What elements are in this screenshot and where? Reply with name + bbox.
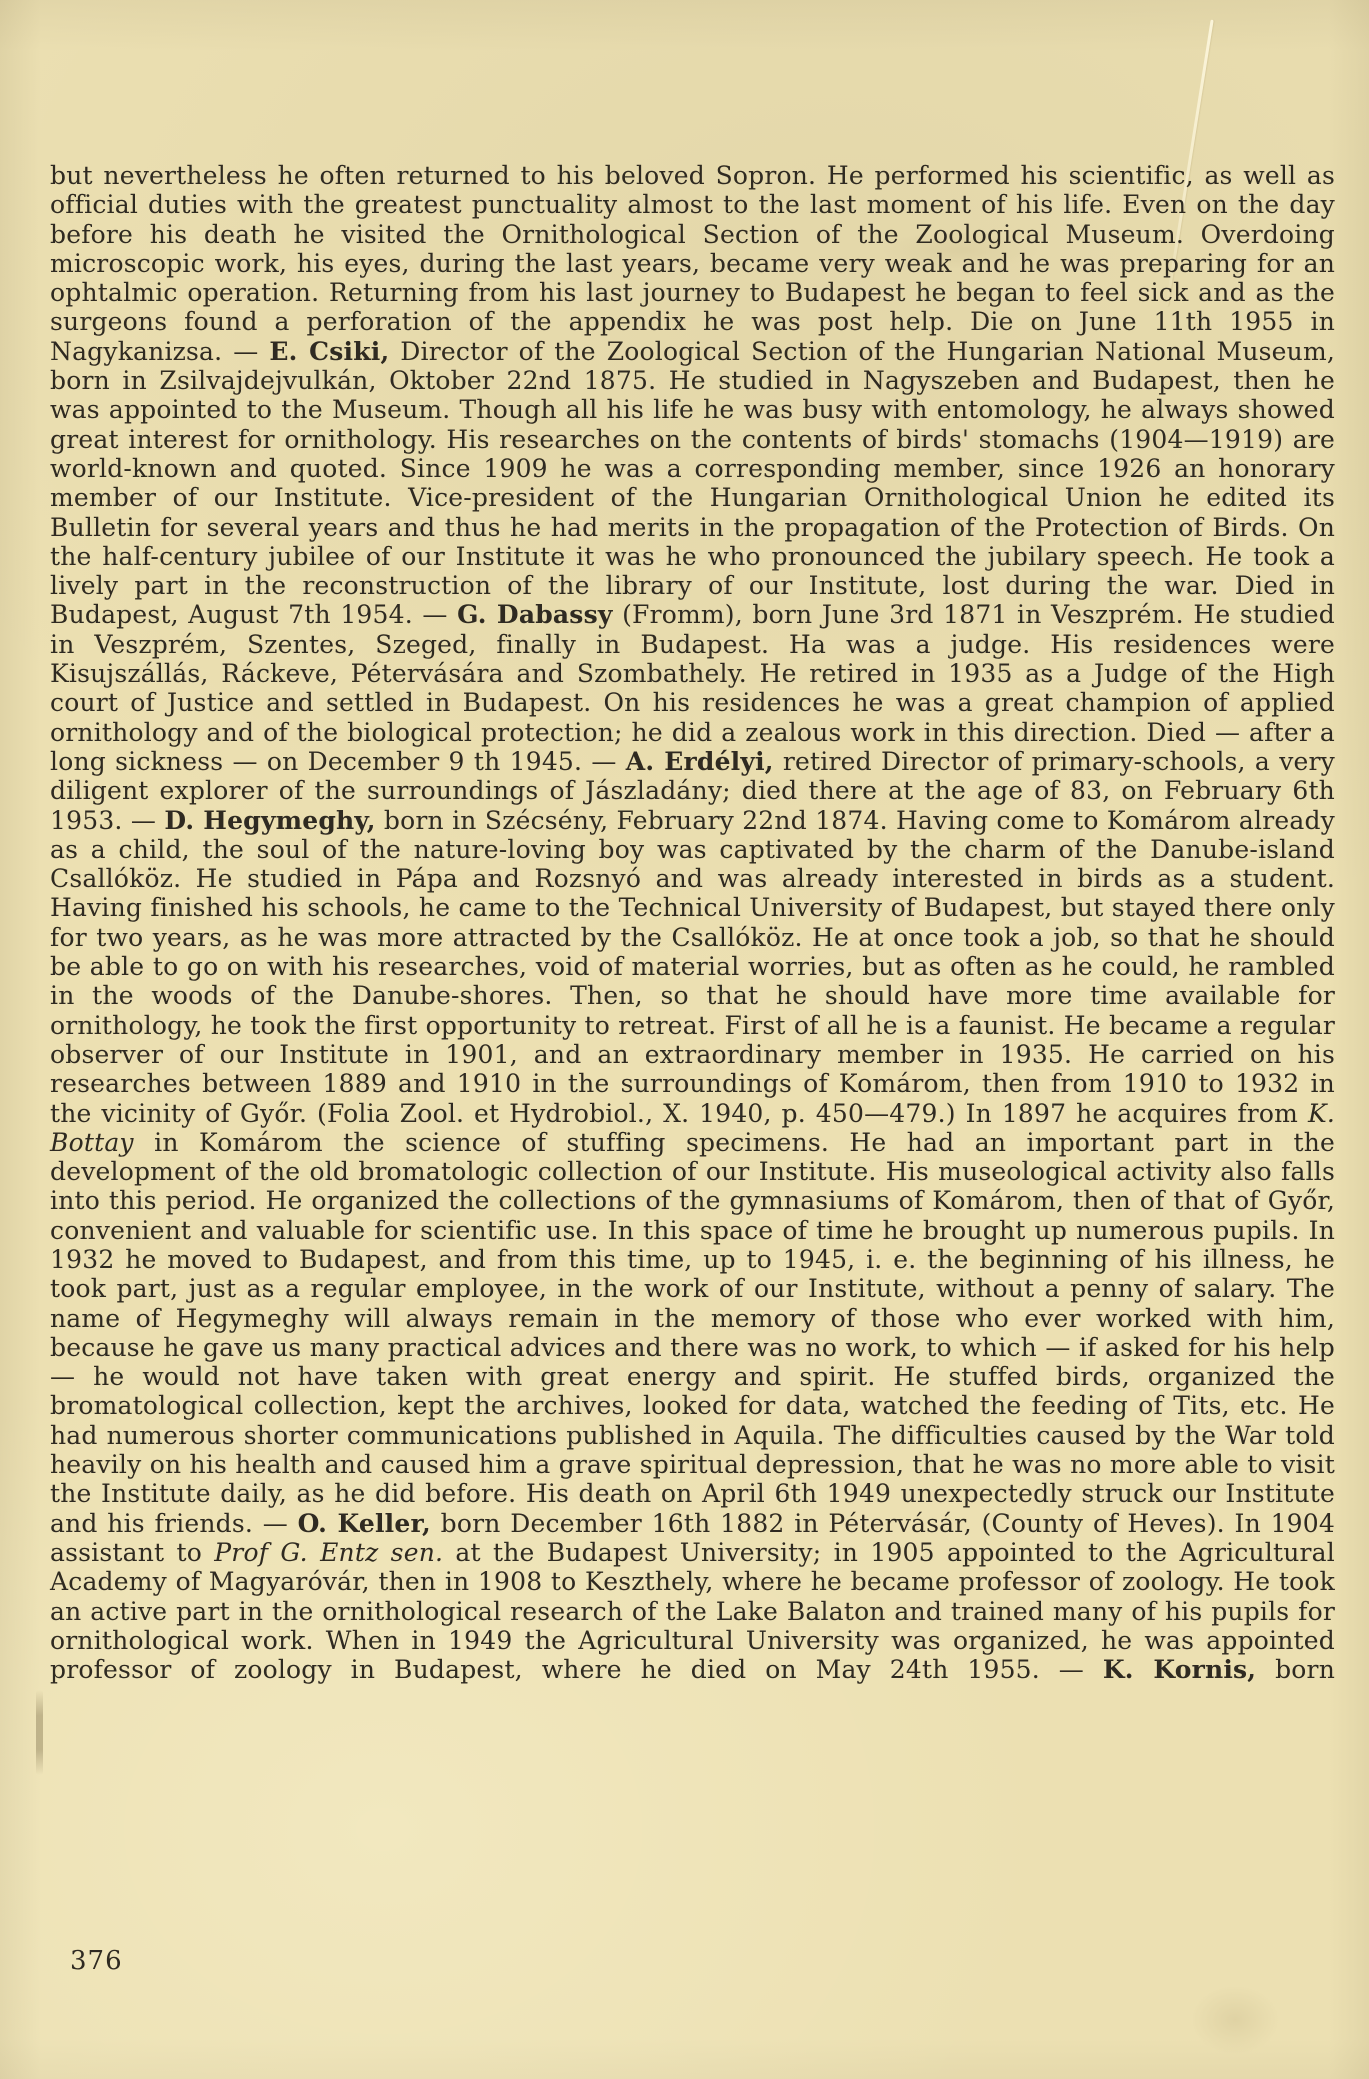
body-text-run: born in Szécsény, February 22nd 1874. Ha…: [50, 806, 1335, 1128]
page-number: 376: [70, 1946, 123, 1976]
name-a-erdelyi: A. Erdélyi,: [626, 747, 774, 776]
paper-smudge: [36, 1690, 43, 1775]
paper-smudge: [1190, 1985, 1280, 2055]
body-text-run: born: [1256, 1655, 1335, 1684]
book-page: but nevertheless he often returned to hi…: [0, 0, 1369, 2079]
name-o-keller: O. Keller,: [298, 1509, 431, 1538]
name-k-kornis: K. Kornis,: [1103, 1655, 1256, 1684]
name-g-dabassy: G. Dabassy: [457, 600, 612, 629]
name-d-hegymeghy: D. Hegymeghy,: [164, 806, 375, 835]
name-prof-g-entz-sen: Prof G. Entz sen.: [214, 1538, 443, 1567]
body-text-run: in Komárom the science of stuffing speci…: [50, 1128, 1335, 1538]
body-text-run: but nevertheless he often returned to hi…: [50, 161, 1335, 366]
name-e-csiki: E. Csiki,: [269, 337, 389, 366]
obituary-text-paragraph: but nevertheless he often returned to hi…: [50, 161, 1335, 1684]
body-text-run: Director of the Zoological Section of th…: [50, 337, 1335, 630]
